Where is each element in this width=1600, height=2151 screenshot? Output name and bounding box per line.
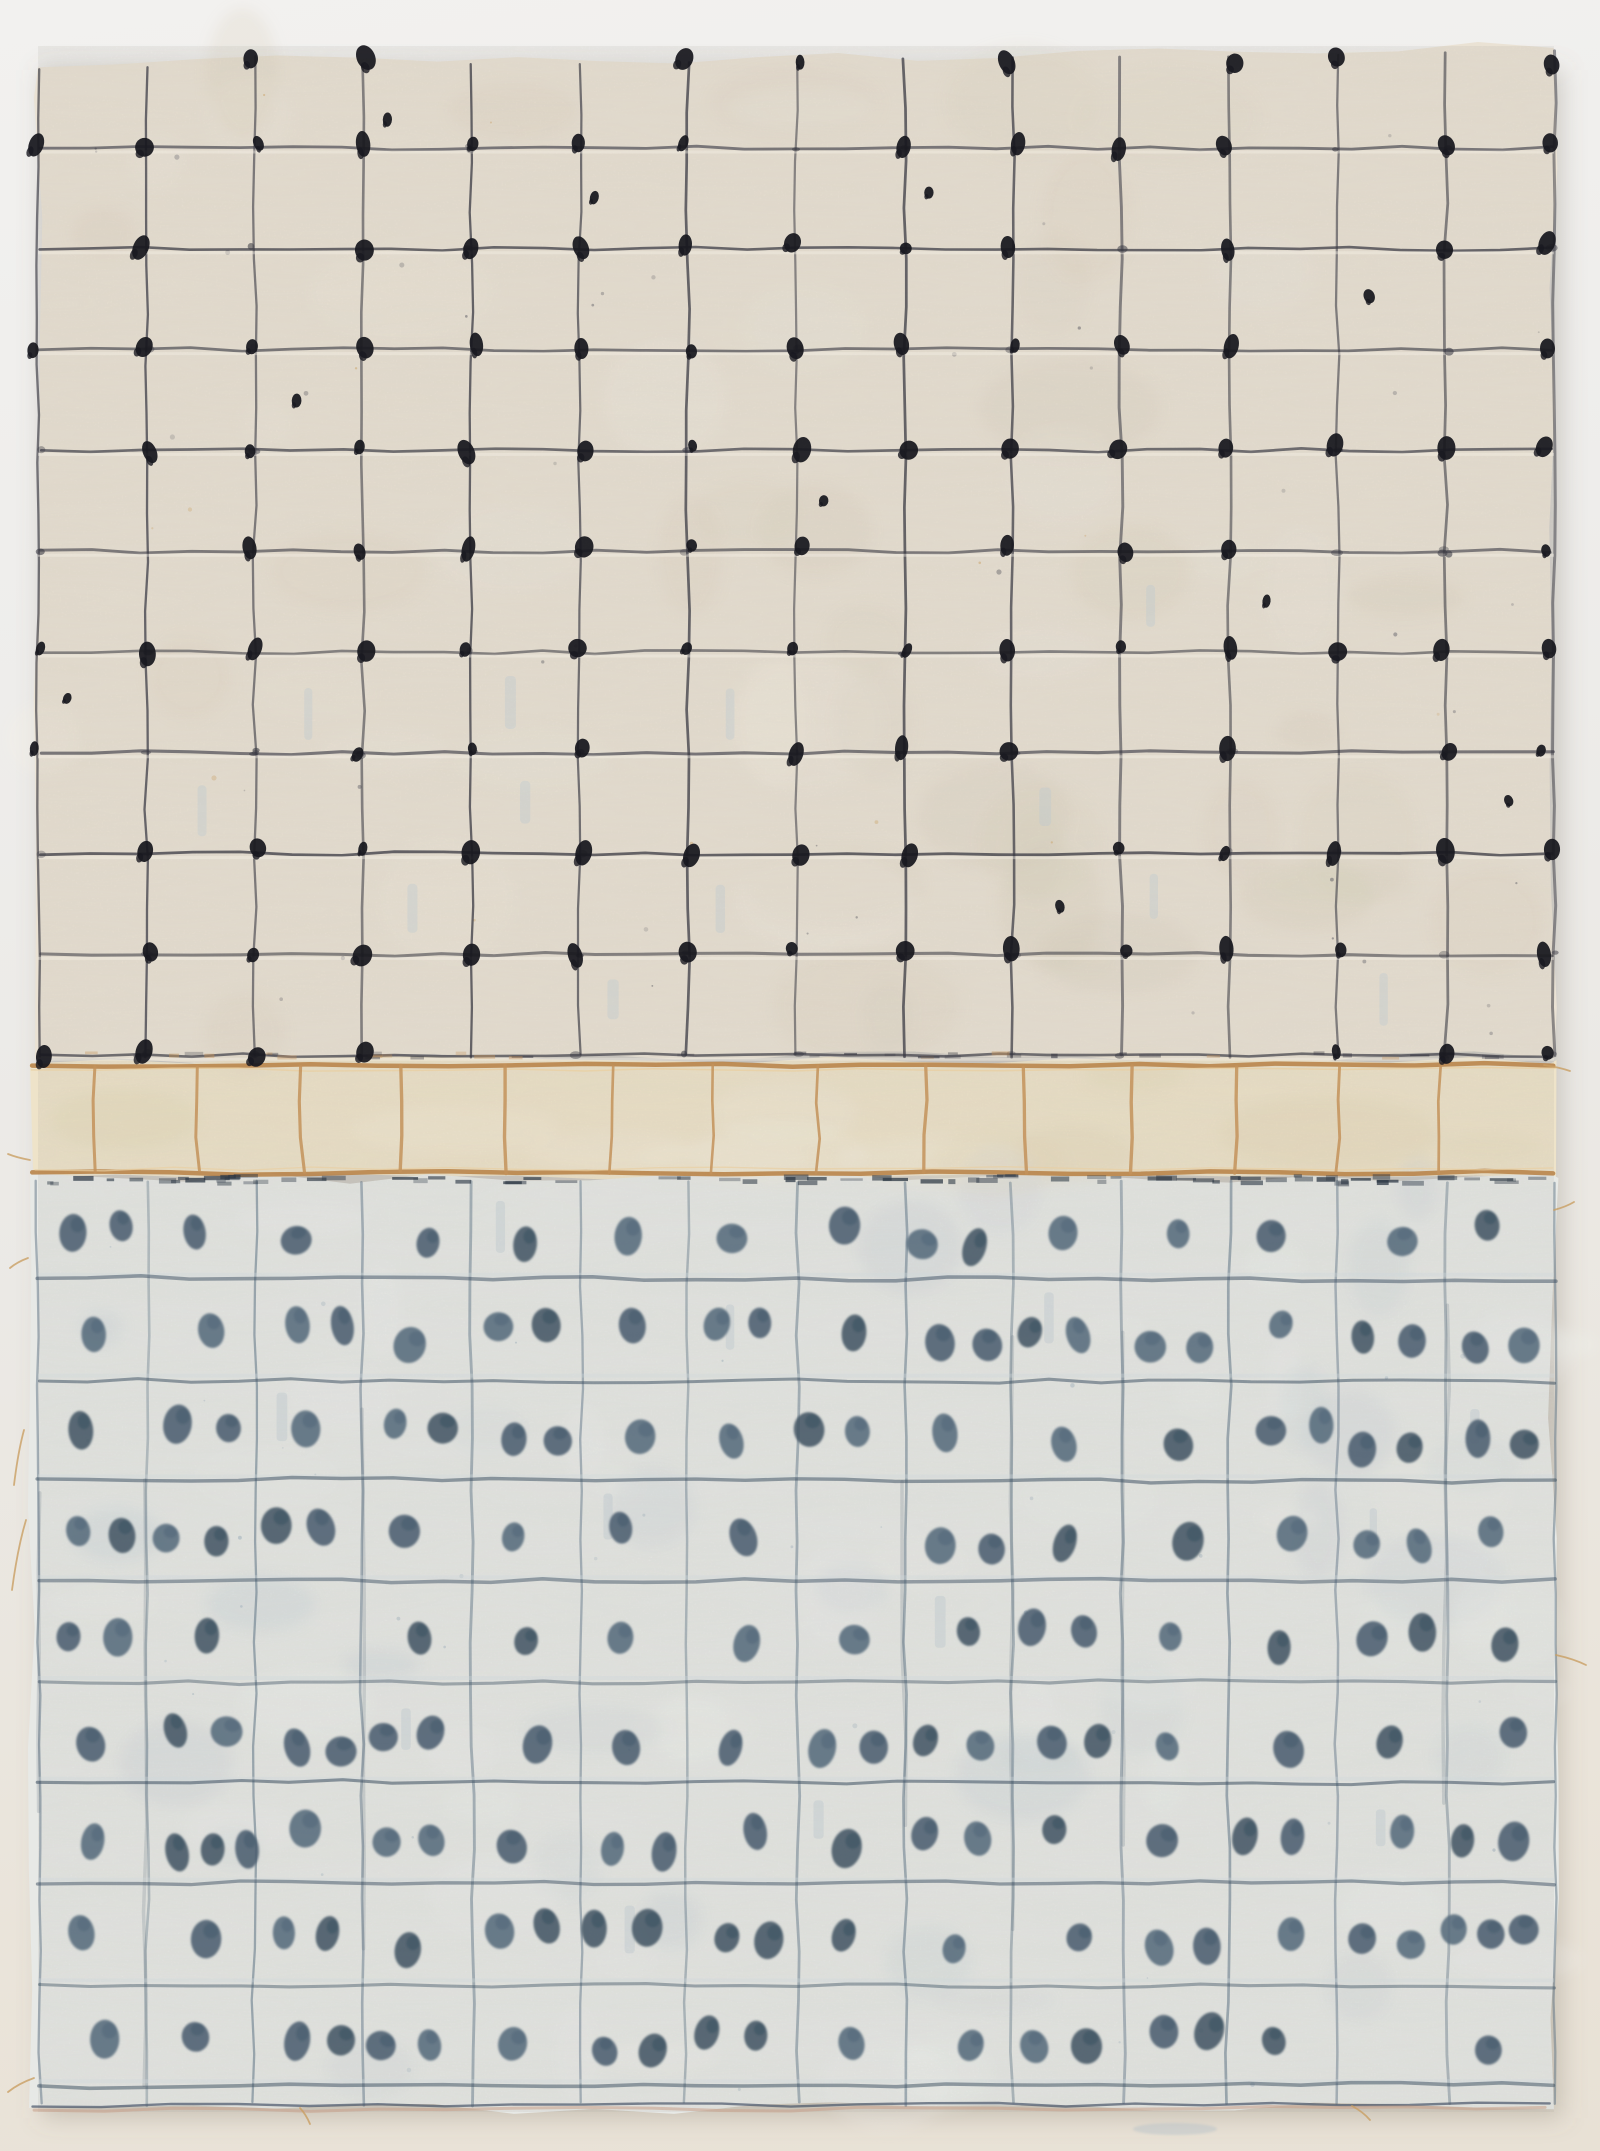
artwork-photo [0,0,1600,2151]
photo-backdrop [0,0,1600,2151]
